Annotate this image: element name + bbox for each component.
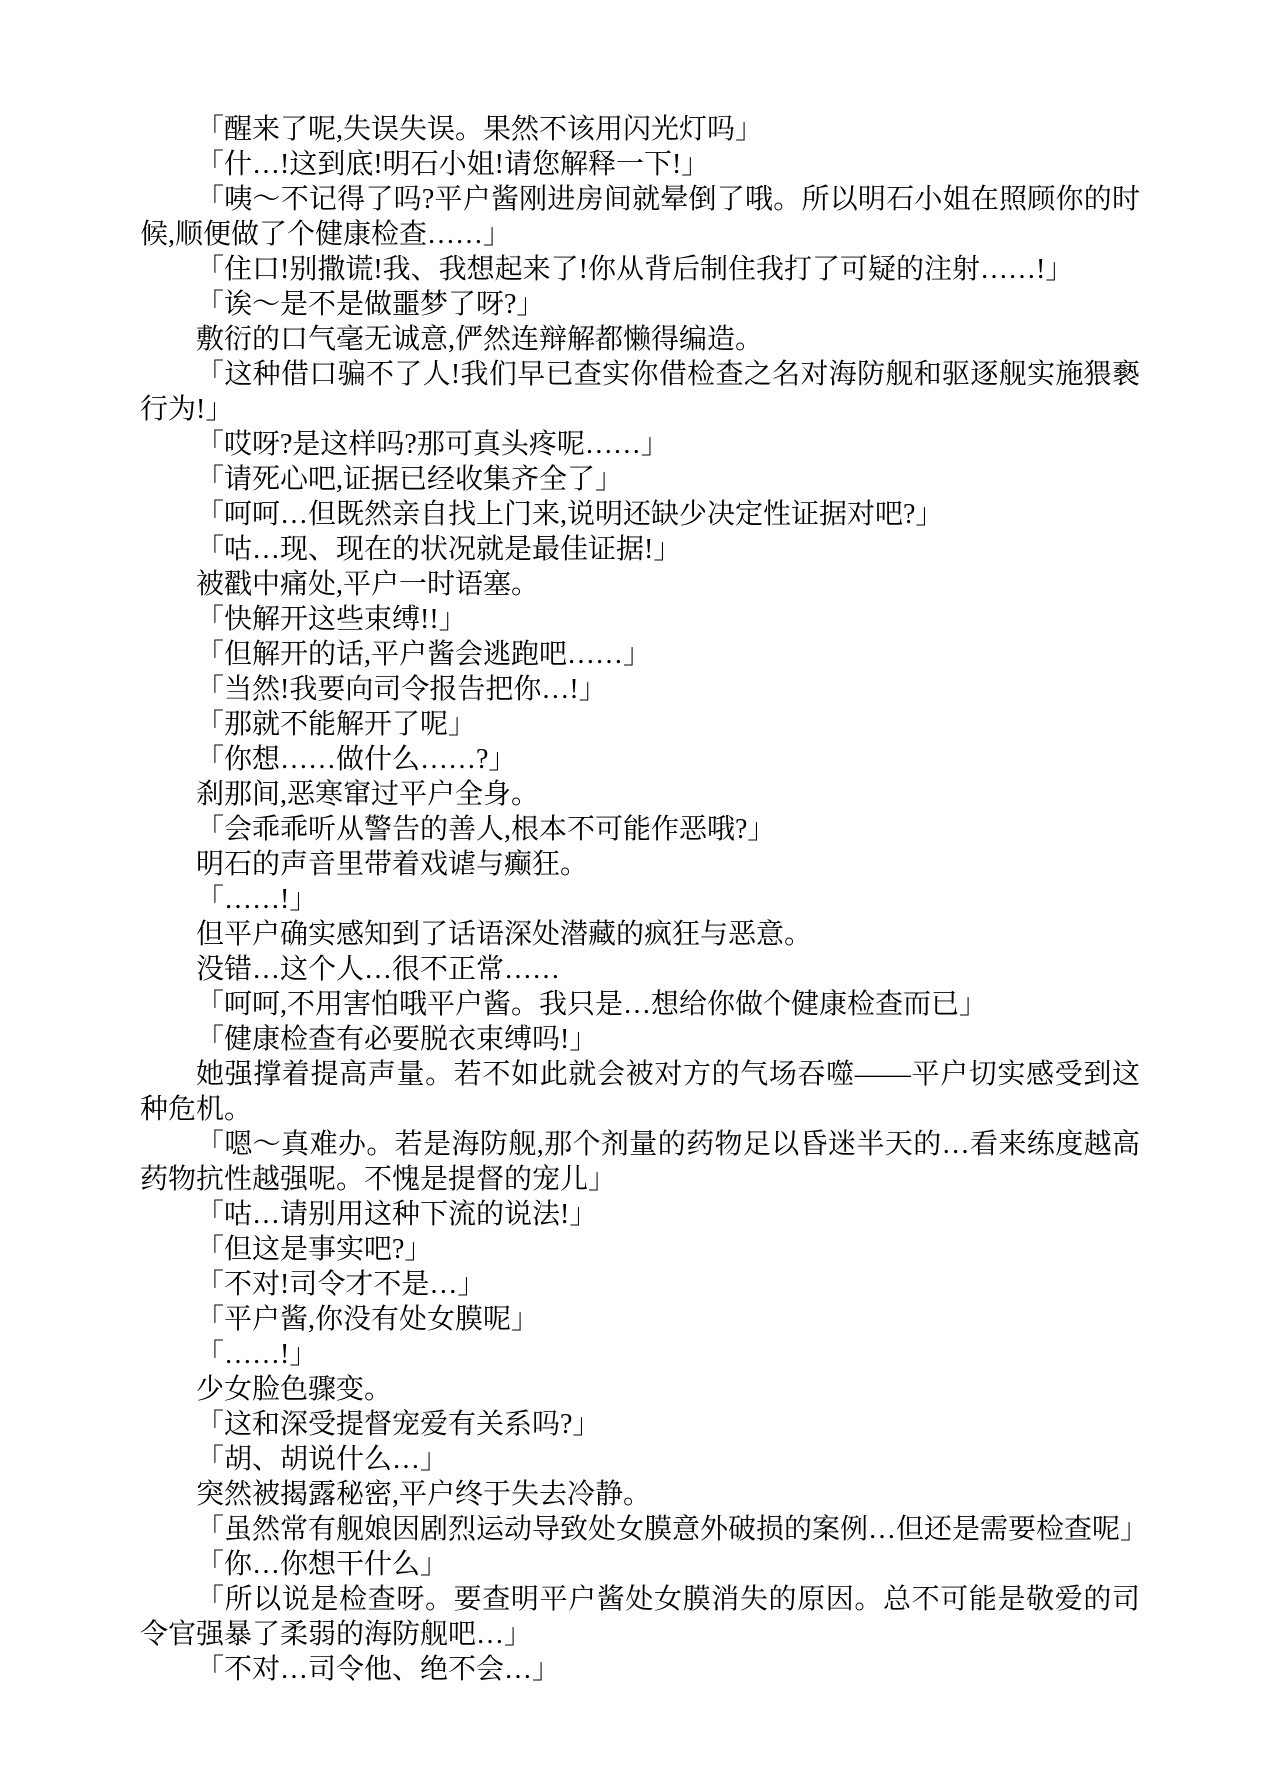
paragraph: 「这种借口骗不了人!我们早已查实你借检查之名对海防舰和驱逐舰实施猥褻行为!」 (140, 357, 1140, 427)
paragraph: 「咕…请别用这种下流的说法!」 (140, 1197, 1140, 1232)
paragraph: 「不对…司令他、绝不会…」 (140, 1652, 1140, 1687)
paragraph: 敷衍的口气毫无诚意,俨然连辩解都懒得编造。 (140, 322, 1140, 357)
paragraph: 「诶～是不是做噩梦了呀?」 (140, 287, 1140, 322)
paragraph: 「但解开的话,平户酱会逃跑吧……」 (140, 637, 1140, 672)
paragraph: 「……!」 (140, 1337, 1140, 1372)
paragraph: 「咦～不记得了吗?平户酱刚进房间就晕倒了哦。所以明石小姐在照顾你的时候,顺便做了… (140, 182, 1140, 252)
paragraph: 「呵呵…但既然亲自找上门来,说明还缺少决定性证据对吧?」 (140, 497, 1140, 532)
paragraph: 刹那间,恶寒窜过平户全身。 (140, 777, 1140, 812)
paragraph: 「这和深受提督宠爱有关系吗?」 (140, 1407, 1140, 1442)
paragraph: 突然被揭露秘密,平户终于失去冷静。 (140, 1477, 1140, 1512)
paragraph: 少女脸色骤变。 (140, 1372, 1140, 1407)
paragraph: 「平户酱,你没有处女膜呢」 (140, 1302, 1140, 1337)
paragraph: 「所以说是检查呀。要查明平户酱处女膜消失的原因。总不可能是敬爱的司令官强暴了柔弱… (140, 1582, 1140, 1652)
paragraph: 被戳中痛处,平户一时语塞。 (140, 567, 1140, 602)
paragraph: 「快解开这些束缚!!」 (140, 602, 1140, 637)
paragraph: 「什…!这到底!明石小姐!请您解释一下!」 (140, 147, 1140, 182)
paragraph: 「嗯～真难办。若是海防舰,那个剂量的药物足以昏迷半天的…看来练度越高药物抗性越强… (140, 1127, 1140, 1197)
paragraph: 「那就不能解开了呢」 (140, 707, 1140, 742)
paragraph: 「住口!别撒谎!我、我想起来了!你从背后制住我打了可疑的注射……!」 (140, 252, 1140, 287)
paragraph: 「请死心吧,证据已经收集齐全了」 (140, 462, 1140, 497)
paragraph: 「咕…现、现在的状况就是最佳证据!」 (140, 532, 1140, 567)
paragraph: 「当然!我要向司令报告把你…!」 (140, 672, 1140, 707)
paragraph: 明石的声音里带着戏谑与癫狂。 (140, 847, 1140, 882)
paragraph: 「哎呀?是这样吗?那可真头疼呢……」 (140, 427, 1140, 462)
paragraph: 「会乖乖听从警告的善人,根本不可能作恶哦?」 (140, 812, 1140, 847)
paragraph: 「你想……做什么……?」 (140, 742, 1140, 777)
novel-page: 「醒来了呢,失误失误。果然不该用闪光灯吗」 「什…!这到底!明石小姐!请您解释一… (0, 0, 1280, 1790)
paragraph: 「健康检查有必要脱衣束缚吗!」 (140, 1022, 1140, 1057)
paragraph: 「醒来了呢,失误失误。果然不该用闪光灯吗」 (140, 112, 1140, 147)
paragraph: 「……!」 (140, 882, 1140, 917)
paragraph: 没错…这个人…很不正常…… (140, 952, 1140, 987)
paragraph: 但平户确实感知到了话语深处潜藏的疯狂与恶意。 (140, 917, 1140, 952)
paragraph: 「呵呵,不用害怕哦平户酱。我只是…想给你做个健康检查而已」 (140, 987, 1140, 1022)
paragraph: 「虽然常有舰娘因剧烈运动导致处女膜意外破损的案例…但还是需要检查呢」 (140, 1512, 1140, 1547)
paragraph: 「但这是事实吧?」 (140, 1232, 1140, 1267)
paragraph: 她强撑着提高声量。若不如此就会被对方的气场吞噬——平户切实感受到这种危机。 (140, 1057, 1140, 1127)
paragraph: 「胡、胡说什么…」 (140, 1442, 1140, 1477)
paragraph: 「不对!司令才不是…」 (140, 1267, 1140, 1302)
paragraph: 「你…你想干什么」 (140, 1547, 1140, 1582)
